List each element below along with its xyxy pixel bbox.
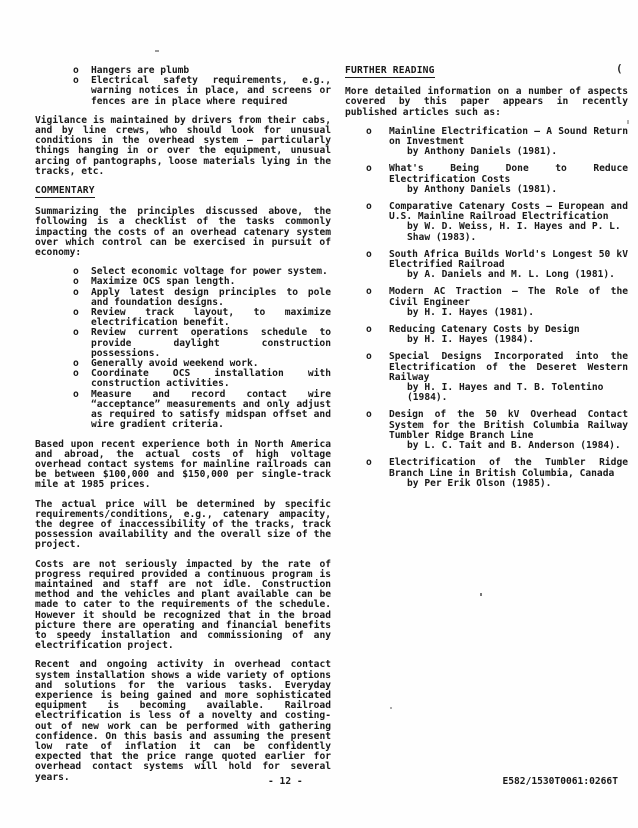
article-body: Modern AC Traction – The Role of the Civ… xyxy=(389,287,628,318)
document-code: E582/1530T0061:0266T xyxy=(502,777,618,787)
list-item-text: Review track layout, to maximize electri… xyxy=(91,308,331,328)
article-body: Reducing Catenary Costs by Design by H. … xyxy=(389,325,628,345)
bullet-glyph: o xyxy=(73,390,91,431)
article-byline: by H. I. Hayes and T. B. Tolentino (1984… xyxy=(407,383,628,403)
list-item-text: Electrical safety requirements, e.g., wa… xyxy=(91,76,331,107)
scan-speck xyxy=(480,593,482,596)
bullet-glyph: o xyxy=(73,328,91,359)
stray-paren-mark: ( xyxy=(616,64,623,74)
article-byline: by H. I. Hayes (1984). xyxy=(407,335,628,345)
list-item: o Measure and record contact wire “accep… xyxy=(73,390,331,431)
article-body: Design of the 50 kV Overhead Contact Sys… xyxy=(389,410,628,451)
bullet-glyph: o xyxy=(366,202,389,243)
bullet-glyph: o xyxy=(366,325,389,345)
further-reading-heading: FURTHER READING xyxy=(345,66,628,78)
list-item-text: Measure and record contact wire “accepta… xyxy=(91,390,331,431)
bullet-glyph: o xyxy=(73,369,91,389)
paragraph-recent: Recent and ongoing activity in overhead … xyxy=(35,660,331,782)
right-column: FURTHER READING More detailed informatio… xyxy=(345,66,628,496)
bullet-glyph: o xyxy=(73,76,91,107)
commentary-heading: COMMENTARY xyxy=(35,186,331,198)
list-item: o Apply latest design principles to pole… xyxy=(73,288,331,308)
article-item: o What's Being Done to Reduce Electrific… xyxy=(345,164,628,195)
bullet-glyph: o xyxy=(366,127,389,158)
list-item: o Electrical safety requirements, e.g., … xyxy=(73,76,331,107)
bullet-glyph: o xyxy=(73,288,91,308)
article-title: South Africa Builds World's Longest 50 k… xyxy=(389,250,628,270)
paragraph-intro: More detailed information on a number of… xyxy=(345,87,628,118)
list-item-text: Review current operations schedule to pr… xyxy=(91,328,331,359)
article-item: o Special Designs Incorporated into the … xyxy=(345,352,628,403)
article-byline: by H. I. Hayes (1981). xyxy=(407,308,628,318)
article-title: Modern AC Traction – The Role of the Civ… xyxy=(389,287,628,307)
article-title: What's Being Done to Reduce Electrificat… xyxy=(389,164,628,184)
economy-checklist: o Select economic voltage for power syst… xyxy=(35,267,331,430)
bullet-glyph: o xyxy=(366,164,389,195)
list-item: o Review current operations schedule to … xyxy=(73,328,331,359)
paragraph-summary: Summarizing the principles discussed abo… xyxy=(35,207,331,258)
article-byline: by L. C. Tait and B. Anderson (1984). xyxy=(407,441,628,451)
bullet-glyph: o xyxy=(366,458,389,489)
page-number: - 12 - xyxy=(268,777,303,787)
article-byline: by A. Daniels and M. L. Long (1981). xyxy=(407,270,628,280)
article-byline: by W. D. Weiss, H. I. Hayes and P. L. Sh… xyxy=(407,222,628,242)
paragraph-price: The actual price will be determined by s… xyxy=(35,500,331,551)
article-title: Electrification of the Tumbler Ridge Bra… xyxy=(389,458,628,478)
article-item: o South Africa Builds World's Longest 50… xyxy=(345,250,628,281)
article-byline: by Anthony Daniels (1981). xyxy=(407,185,628,195)
article-item: o Modern AC Traction – The Role of the C… xyxy=(345,287,628,318)
document-page: o Hangers are plumb o Electrical safety … xyxy=(0,0,638,828)
article-item: o Design of the 50 kV Overhead Contact S… xyxy=(345,410,628,451)
article-body: Mainline Electrification – A Sound Retur… xyxy=(389,127,628,158)
bullet-glyph: o xyxy=(366,287,389,318)
bullet-glyph: o xyxy=(366,250,389,281)
installation-checklist: o Hangers are plumb o Electrical safety … xyxy=(35,66,331,107)
paragraph-schedule: Costs are not seriously impacted by the … xyxy=(35,560,331,652)
list-item: o Review track layout, to maximize elect… xyxy=(73,308,331,328)
bullet-glyph: o xyxy=(366,410,389,451)
article-item: o Electrification of the Tumbler Ridge B… xyxy=(345,458,628,489)
bullet-glyph: o xyxy=(73,308,91,328)
article-title: Comparative Catenary Costs – European an… xyxy=(389,202,628,222)
article-byline: by Anthony Daniels (1981). xyxy=(407,147,628,157)
scan-speck xyxy=(627,120,629,124)
article-item: o Reducing Catenary Costs by Design by H… xyxy=(345,325,628,345)
scan-speck xyxy=(155,50,159,52)
list-item-text: Apply latest design principles to pole a… xyxy=(91,288,331,308)
article-item: o Mainline Electrification – A Sound Ret… xyxy=(345,127,628,158)
reading-list: o Mainline Electrification – A Sound Ret… xyxy=(345,127,628,489)
article-title: Design of the 50 kV Overhead Contact Sys… xyxy=(389,410,628,441)
bullet-glyph: o xyxy=(366,352,389,403)
list-item: o Coordinate OCS installation with const… xyxy=(73,369,331,389)
left-column: o Hangers are plumb o Electrical safety … xyxy=(35,66,331,792)
list-item-text: Coordinate OCS installation with constru… xyxy=(91,369,331,389)
article-title: Mainline Electrification – A Sound Retur… xyxy=(389,127,628,147)
article-body: South Africa Builds World's Longest 50 k… xyxy=(389,250,628,281)
article-body: Comparative Catenary Costs – European an… xyxy=(389,202,628,243)
scan-speck xyxy=(390,707,392,709)
article-body: Special Designs Incorporated into the El… xyxy=(389,352,628,403)
article-title: Special Designs Incorporated into the El… xyxy=(389,352,628,383)
article-body: What's Being Done to Reduce Electrificat… xyxy=(389,164,628,195)
paragraph-vigilance: Vigilance is maintained by drivers from … xyxy=(35,116,331,177)
article-byline: by Per Erik Olson (1985). xyxy=(407,479,628,489)
paragraph-experience: Based upon recent experience both in Nor… xyxy=(35,440,331,491)
article-body: Electrification of the Tumbler Ridge Bra… xyxy=(389,458,628,489)
article-item: o Comparative Catenary Costs – European … xyxy=(345,202,628,243)
